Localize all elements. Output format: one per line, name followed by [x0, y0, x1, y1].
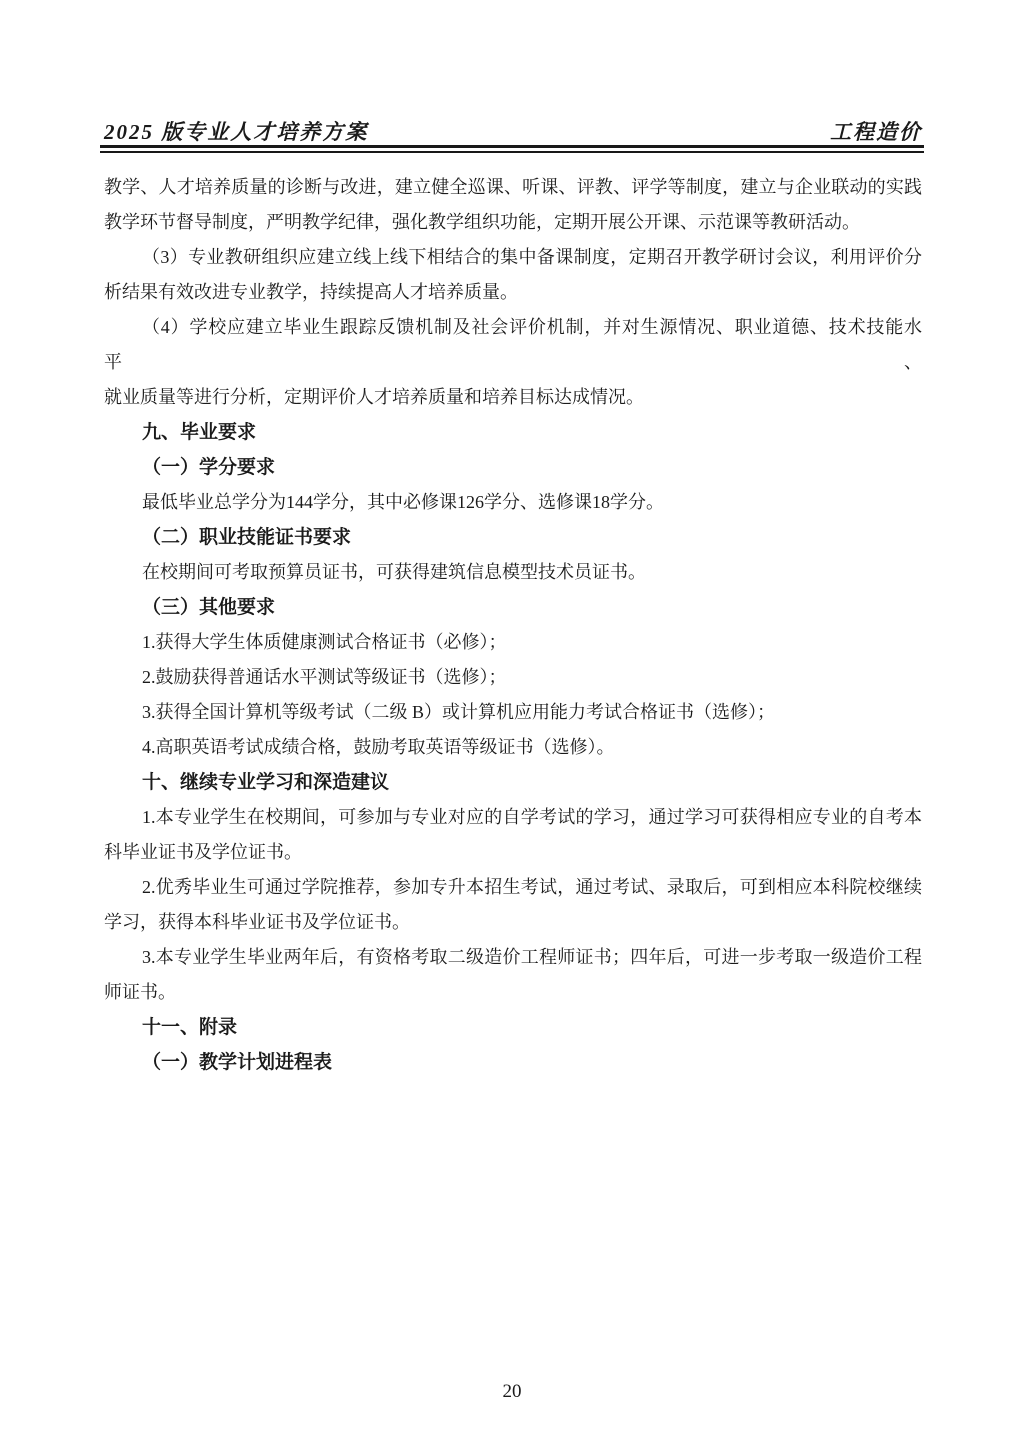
body-line: 教学环节督导制度，严明教学纪律，强化教学组织功能，定期开展公开课、示范课等教研活…: [104, 205, 922, 240]
body-line: 在校期间可考取预算员证书，可获得建筑信息模型技术员证书。: [104, 555, 922, 590]
document-page: 2025 版专业人才培养方案 工程造价 教学、人才培养质量的诊断与改进，建立健全…: [0, 0, 1024, 1448]
list-item-line: 1.本专业学生在校期间，可参加与专业对应的自学考试的学习，通过学习可获得相应专业…: [104, 800, 922, 835]
body-line: 师证书。: [104, 975, 922, 1010]
list-item-line: 4.高职英语考试成绩合格，鼓励考取英语等级证书（选修）。: [104, 730, 922, 765]
section-heading: 十一、附录: [104, 1010, 922, 1045]
list-item-line: 3.获得全国计算机等级考试（二级 B）或计算机应用能力考试合格证书（选修）；: [104, 695, 922, 730]
subsection-heading: （一）学分要求: [104, 450, 922, 485]
subsection-heading: （三）其他要求: [104, 590, 922, 625]
list-item-line: 3.本专业学生毕业两年后，有资格考取二级造价工程师证书；四年后，可进一步考取一级…: [104, 940, 922, 975]
body-line: 就业质量等进行分析，定期评价人才培养质量和培养目标达成情况。: [104, 380, 922, 415]
header-left-title: 2025 版专业人才培养方案: [104, 116, 368, 146]
body-line: 科毕业证书及学位证书。: [104, 835, 922, 870]
document-body: 教学、人才培养质量的诊断与改进，建立健全巡课、听课、评教、评学等制度，建立与企业…: [104, 170, 922, 1080]
list-item-line: 2.优秀毕业生可通过学院推荐，参加专升本招生考试，通过考试、录取后，可到相应本科…: [104, 870, 922, 905]
header-right-title: 工程造价: [830, 116, 922, 146]
header-double-rule: [100, 145, 924, 153]
body-line: 析结果有效改进专业教学，持续提高人才培养质量。: [104, 275, 922, 310]
body-line: 学习，获得本科毕业证书及学位证书。: [104, 905, 922, 940]
subsection-heading: （二）职业技能证书要求: [104, 520, 922, 555]
page-number: 20: [503, 1381, 522, 1402]
body-line: 教学、人才培养质量的诊断与改进，建立健全巡课、听课、评教、评学等制度，建立与企业…: [104, 170, 922, 205]
body-line: 最低毕业总学分为144学分，其中必修课126学分、选修课18学分。: [104, 485, 922, 520]
list-item-line: 2.鼓励获得普通话水平测试等级证书（选修）；: [104, 660, 922, 695]
page-header: 2025 版专业人才培养方案 工程造价: [104, 116, 922, 146]
body-line: （4）学校应建立毕业生跟踪反馈机制及社会评价机制，并对生源情况、职业道德、技术技…: [104, 310, 922, 380]
section-heading: 九、毕业要求: [104, 415, 922, 450]
list-item-line: 1.获得大学生体质健康测试合格证书（必修）；: [104, 625, 922, 660]
section-heading: 十、继续专业学习和深造建议: [104, 765, 922, 800]
body-line: （3）专业教研组织应建立线上线下相结合的集中备课制度，定期召开教学研讨会议，利用…: [104, 240, 922, 275]
page-footer: 20: [0, 1381, 1024, 1403]
subsection-heading: （一）教学计划进程表: [104, 1045, 922, 1080]
